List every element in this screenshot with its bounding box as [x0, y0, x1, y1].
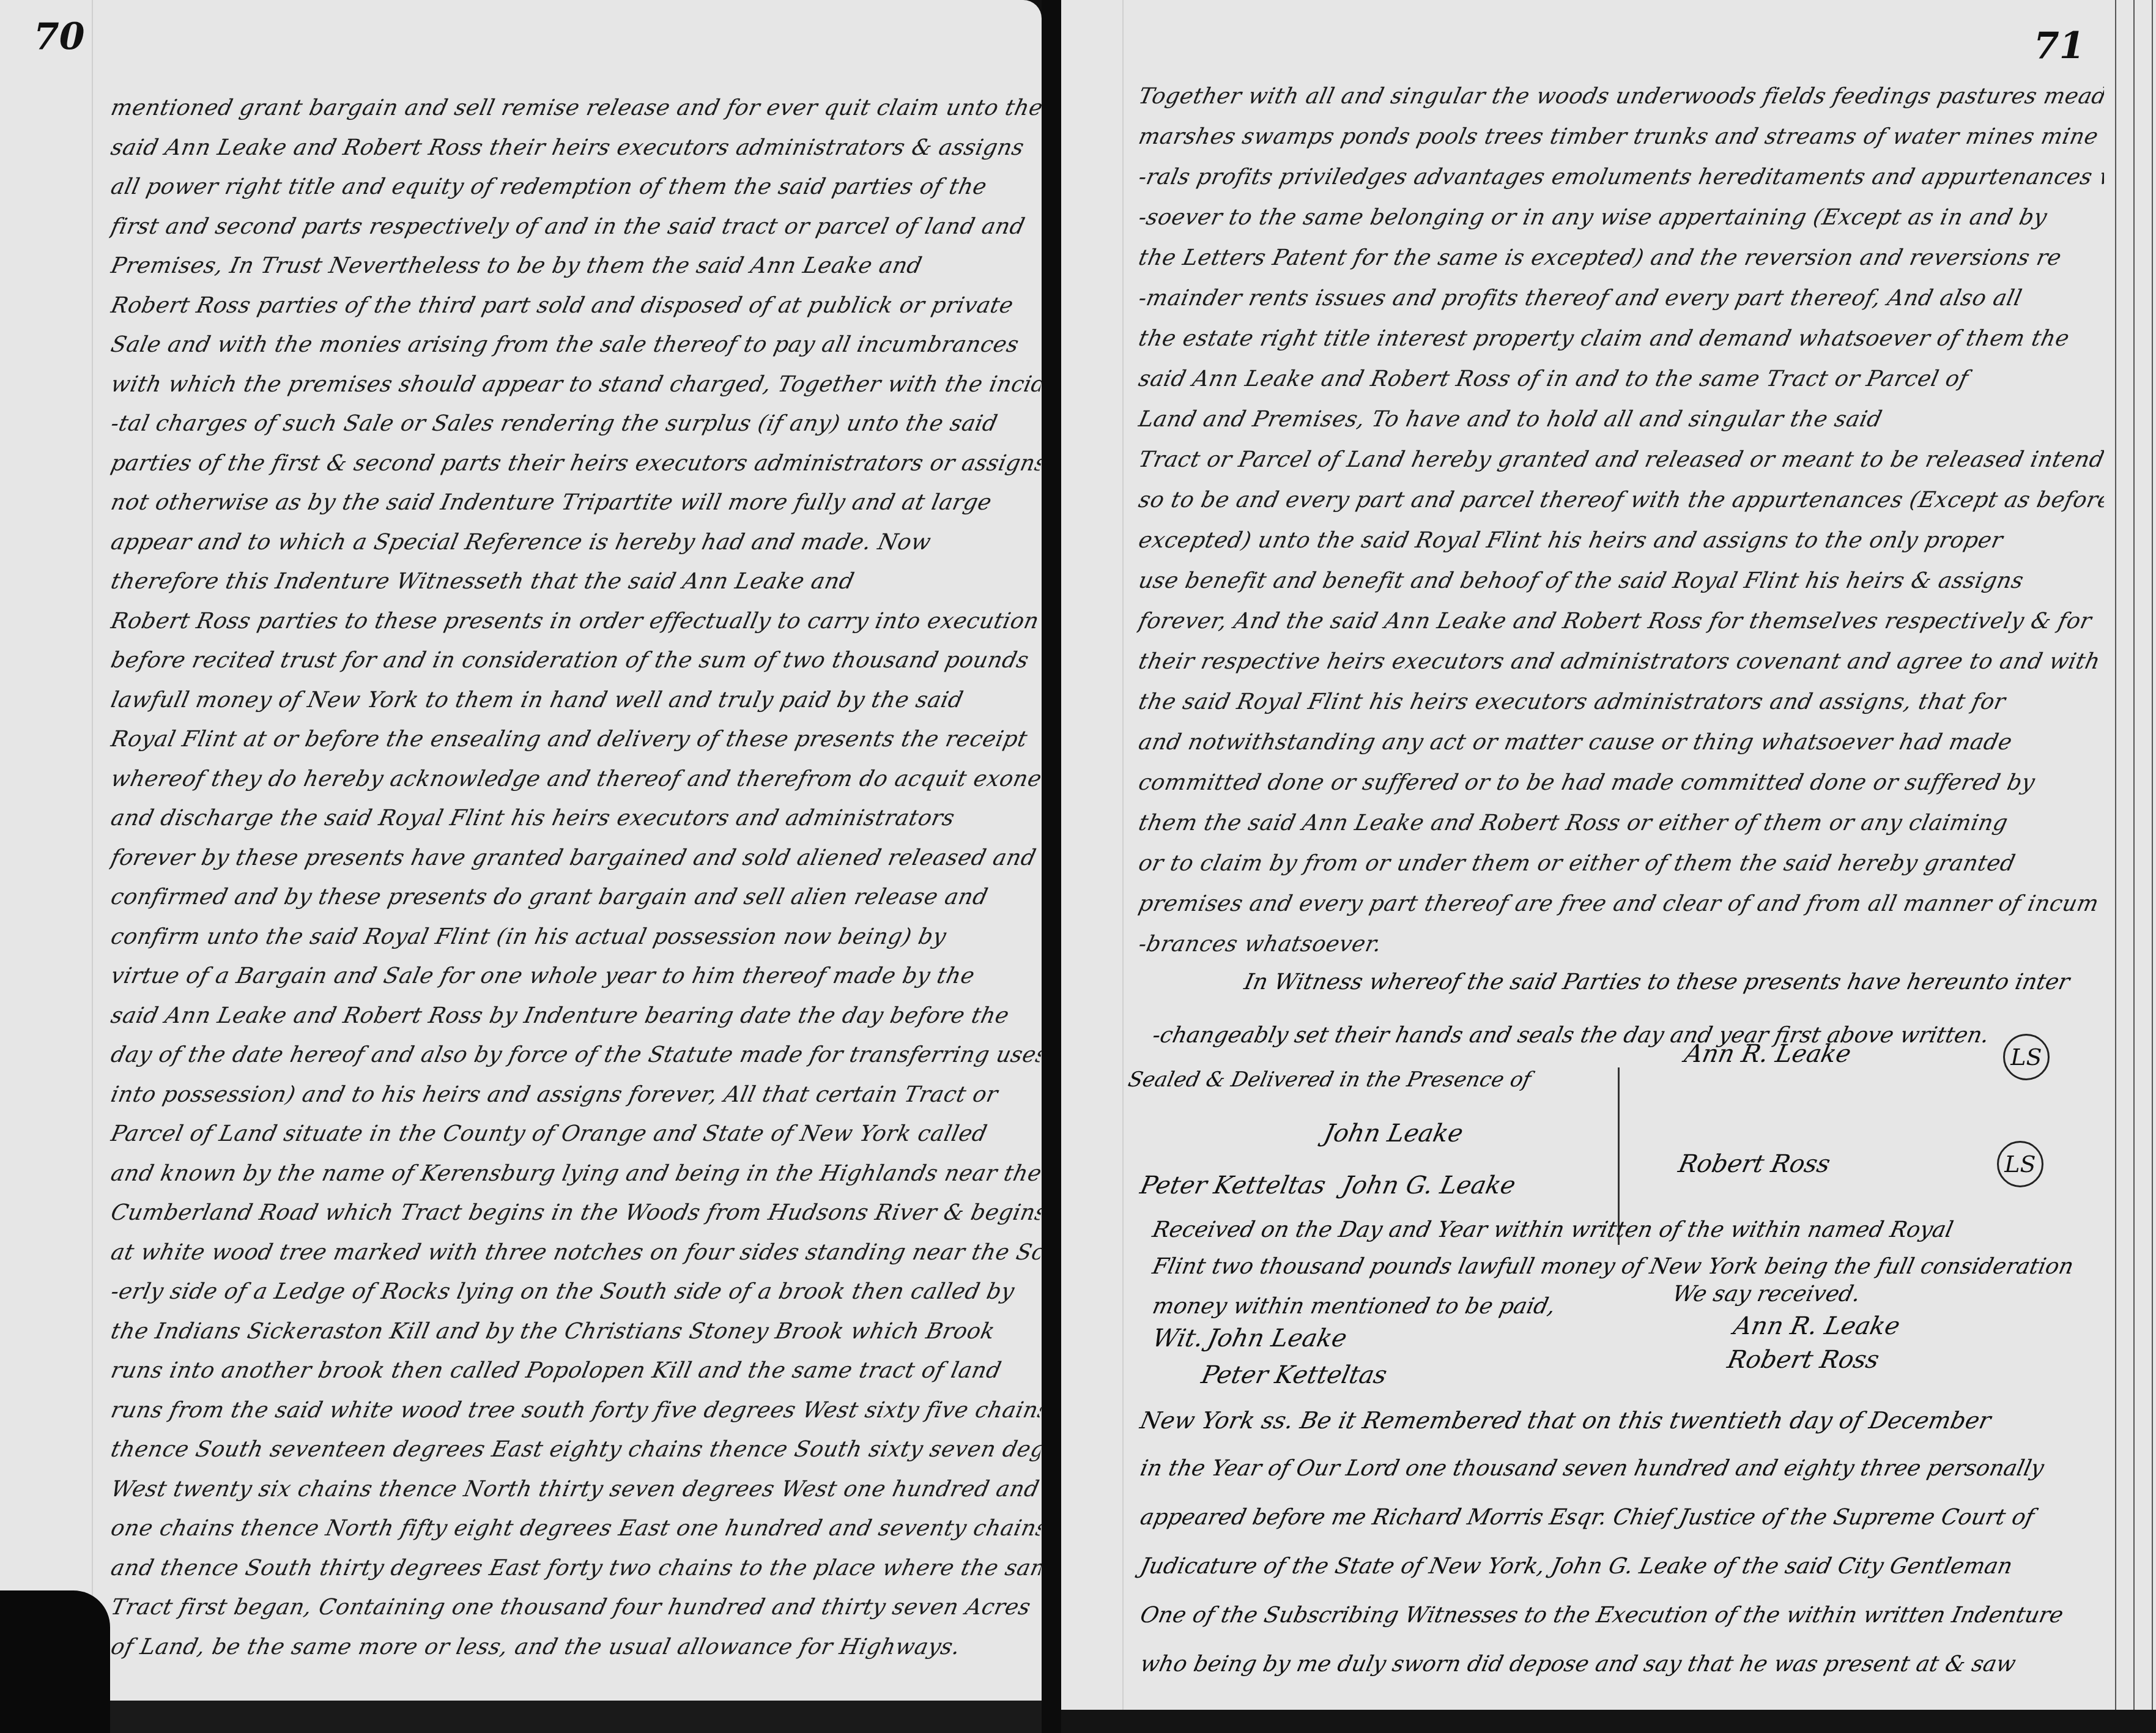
text-line: Robert Ross parties of the third part so…: [107, 286, 1045, 326]
page-edges: [2104, 0, 2156, 1733]
text-line: -brances whatsoever.: [1135, 924, 2110, 965]
text-line: the Indians Sickeraston Kill and by the …: [107, 1312, 1045, 1352]
text-line: one chains thence North fifty eight degr…: [107, 1509, 1045, 1549]
left-page: 70 mentioned grant bargain and sell remi…: [0, 0, 1042, 1733]
text-line: mentioned grant bargain and sell remise …: [107, 89, 1045, 128]
text-line: forever, And the said Ann Leake and Robe…: [1135, 601, 2110, 642]
text-line: runs from the said white wood tree south…: [107, 1391, 1045, 1431]
acknowledgment-line: One of the Subscribing Witnesses to the …: [1138, 1603, 2065, 1628]
page-corner-shadow: [0, 1590, 110, 1733]
testimonium-line-1: In Witness whereof the said Parties to t…: [1242, 970, 2072, 995]
text-line: and notwithstanding any act or matter ca…: [1135, 722, 2110, 763]
page-number: 70: [34, 15, 85, 58]
text-line: said Ann Leake and Robert Ross of in and…: [1135, 359, 2110, 399]
margin-rule: [92, 0, 93, 1733]
text-line: of Land, be the same more or less, and t…: [107, 1628, 1045, 1668]
book-gutter: [1042, 0, 1061, 1733]
text-line: them the said Ann Leake and Robert Ross …: [1135, 803, 2110, 844]
text-line: Royal Flint at or before the ensealing a…: [107, 720, 1045, 760]
text-line: not otherwise as by the said Indenture T…: [107, 483, 1045, 523]
text-line: -tal charges of such Sale or Sales rende…: [107, 404, 1045, 444]
text-line: all power right title and equity of rede…: [107, 168, 1045, 207]
signatory-signature: Robert Ross: [1676, 1150, 1832, 1178]
receipt-witness: Peter Ketteltas: [1199, 1361, 1390, 1389]
text-line: use benefit and benefit and behoof of th…: [1135, 561, 2110, 601]
acknowledgment-line: appeared before me Richard Morris Esqr. …: [1138, 1505, 2037, 1530]
text-line: Sale and with the monies arising from th…: [107, 325, 1045, 365]
witness-signature: Peter Ketteltas: [1138, 1171, 1328, 1200]
acknowledgment-line: in the Year of Our Lord one thousand sev…: [1138, 1456, 2047, 1481]
text-line: with which the premises should appear to…: [107, 365, 1045, 405]
text-line: first and second parts respectively of a…: [107, 207, 1045, 247]
text-line: into possession) and to his heirs and as…: [107, 1075, 1045, 1115]
text-line: their respective heirs executors and adm…: [1135, 642, 2110, 682]
text-line: the Letters Patent for the same is excep…: [1135, 238, 2110, 278]
text-line: day of the date hereof and also by force…: [107, 1036, 1045, 1075]
text-line: Together with all and singular the woods…: [1135, 76, 2110, 117]
seal-icon: LS: [1997, 1141, 2043, 1187]
receipt-line: Received on the Day and Year within writ…: [1150, 1217, 1955, 1242]
text-line: and discharge the said Royal Flint his h…: [107, 799, 1045, 839]
receipt-witness-label: Wit.: [1150, 1324, 1206, 1353]
testimonium-line-2: -changeably set their hands and seals th…: [1150, 1023, 1991, 1048]
text-line: West twenty six chains thence North thir…: [107, 1470, 1045, 1510]
receipt-witness: John Leake: [1205, 1324, 1349, 1353]
text-line: runs into another brook then called Popo…: [107, 1351, 1045, 1391]
text-line: Robert Ross parties to these presents in…: [107, 602, 1045, 642]
text-line: -rals profits priviledges advantages emo…: [1135, 157, 2110, 198]
text-line: therefore this Indenture Witnesseth that…: [107, 562, 1045, 602]
acknowledgment-line: who being by me duly sworn did depose an…: [1138, 1652, 2018, 1677]
receipt-signatory: Ann R. Leake: [1731, 1312, 1902, 1340]
text-line: thence South seventeen degrees East eigh…: [107, 1430, 1045, 1470]
text-line: marshes swamps ponds pools trees timber …: [1135, 117, 2110, 157]
text-line: so to be and every part and parcel there…: [1135, 480, 2110, 521]
right-page: 71 Together with all and singular the wo…: [1061, 0, 2156, 1733]
text-line: confirmed and by these presents do grant…: [107, 878, 1045, 918]
text-line: Land and Premises, To have and to hold a…: [1135, 399, 2110, 440]
text-line: Premises, In Trust Nevertheless to be by…: [107, 247, 1045, 286]
text-line: excepted) unto the said Royal Flint his …: [1135, 521, 2110, 561]
receipt-line: Flint two thousand pounds lawfull money …: [1150, 1254, 2076, 1279]
page-bottom-shadow: [0, 1701, 1042, 1733]
text-line: Tract first began, Containing one thousa…: [107, 1588, 1045, 1628]
acknowledgment-line: New York ss. Be it Remembered that on th…: [1138, 1407, 1993, 1434]
witness-signature: John G. Leake: [1339, 1171, 1518, 1200]
page-bottom-shadow: [1061, 1710, 2156, 1733]
page-number: 71: [2034, 24, 2085, 67]
text-line: parties of the first & second parts thei…: [107, 444, 1045, 484]
text-line: premises and every part thereof are free…: [1135, 884, 2110, 924]
text-line: -mainder rents issues and profits thereo…: [1135, 278, 2110, 319]
text-line: the estate right title interest property…: [1135, 319, 2110, 359]
text-line: confirm unto the said Royal Flint (in hi…: [107, 918, 1045, 957]
text-line: -erly side of a Ledge of Rocks lying on …: [107, 1272, 1045, 1312]
receipt-acknowledgement: We say received.: [1670, 1282, 1863, 1307]
receipt-line: money within mentioned to be paid,: [1150, 1294, 1558, 1319]
text-line: -soever to the same belonging or in any …: [1135, 198, 2110, 238]
seal-icon: LS: [2003, 1034, 2050, 1080]
text-line: lawfull money of New York to them in han…: [107, 681, 1045, 721]
deed-text-left: mentioned grant bargain and sell remise …: [107, 89, 1037, 1667]
text-line: virtue of a Bargain and Sale for one who…: [107, 957, 1045, 996]
text-line: at white wood tree marked with three not…: [107, 1233, 1045, 1273]
attestation-clause: Sealed & Delivered in the Presence of: [1126, 1067, 1533, 1092]
text-line: Cumberland Road which Tract begins in th…: [107, 1193, 1045, 1233]
witness-signature: John Leake: [1321, 1119, 1465, 1148]
text-line: said Ann Leake and Robert Ross by Indent…: [107, 996, 1045, 1036]
text-line: appear and to which a Special Reference …: [107, 523, 1045, 563]
text-line: Parcel of Land situate in the County of …: [107, 1115, 1045, 1154]
text-line: Tract or Parcel of Land hereby granted a…: [1135, 440, 2110, 480]
receipt-signatory: Robert Ross: [1725, 1346, 1881, 1374]
text-line: before recited trust for and in consider…: [107, 641, 1045, 681]
text-line: committed done or suffered or to be had …: [1135, 763, 2110, 803]
text-line: the said Royal Flint his heirs executors…: [1135, 682, 2110, 722]
text-line: whereof they do hereby acknowledge and t…: [107, 760, 1045, 800]
text-line: or to claim by from or under them or eit…: [1135, 844, 2110, 884]
deed-text-right: Together with all and singular the woods…: [1135, 76, 2101, 965]
text-line: said Ann Leake and Robert Ross their hei…: [107, 128, 1045, 168]
text-line: forever by these presents have granted b…: [107, 839, 1045, 878]
text-line: and known by the name of Kerensburg lyin…: [107, 1154, 1045, 1194]
text-line: and thence South thirty degrees East for…: [107, 1549, 1045, 1589]
margin-rule: [1122, 0, 1124, 1733]
acknowledgment-line: Judicature of the State of New York, Joh…: [1138, 1554, 2015, 1579]
signatory-signature: Ann R. Leake: [1682, 1040, 1853, 1068]
